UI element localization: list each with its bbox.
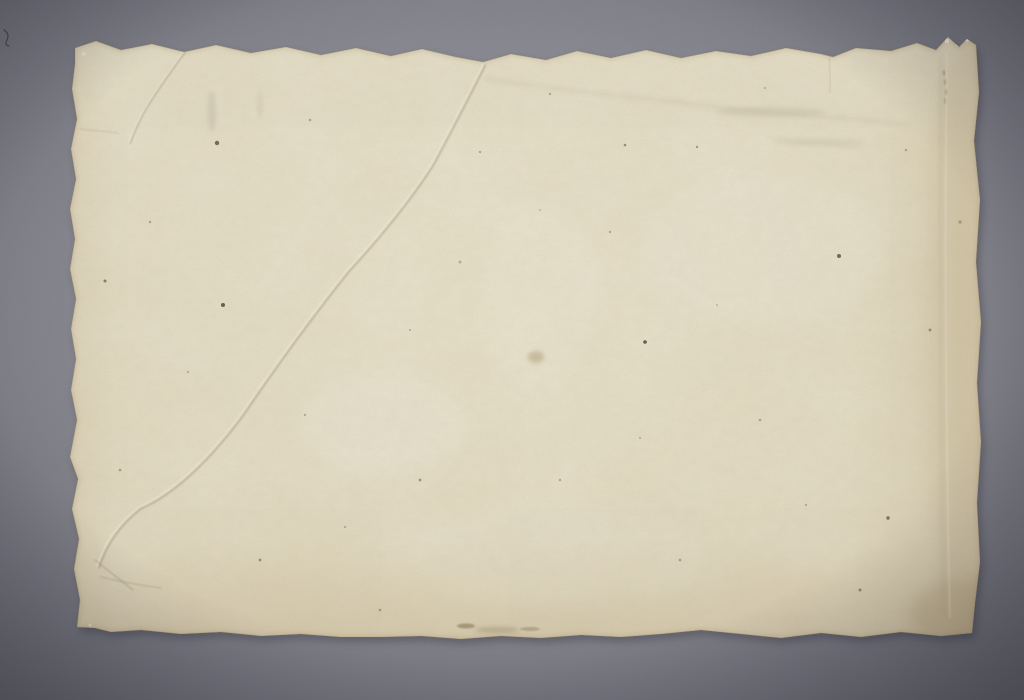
photograph-of-blank-paper-sheet xyxy=(0,0,1024,700)
vignette-overlay xyxy=(0,0,1024,700)
photo-canvas xyxy=(0,0,1024,700)
